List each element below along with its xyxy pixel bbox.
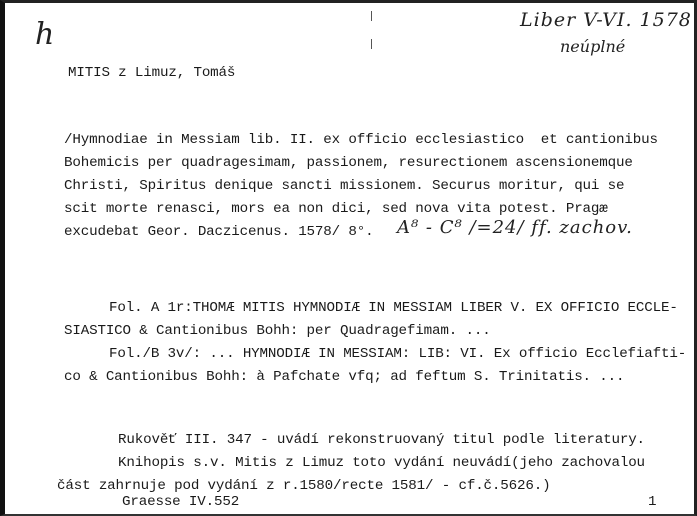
title-line: excudebat Geor. Daczicenus. 1578/ 8°. (64, 224, 373, 240)
handwritten-corner-mark: h (35, 17, 54, 52)
scan-mark (371, 39, 372, 49)
title-line: scit morte renasci, mors ea non dici, se… (64, 201, 608, 217)
note-line: část zahrnuje pod vydání z r.1580/recte … (57, 478, 550, 494)
handwritten-collation: A⁸ - C⁸ /=24/ ff. zachov. (397, 217, 633, 238)
handwritten-volume-note: Liber V-VI. 1578 (520, 9, 692, 31)
folio-line: co & Cantionibus Bohh: à Pafchate vfq; a… (64, 369, 624, 385)
folio-line: Fol./B 3v/: ... HYMNODIÆ IN MESSIAM: LIB… (109, 346, 686, 362)
handwritten-incomplete-note: neúplné (560, 37, 625, 56)
folio-line: Fol. A 1r:THOMÆ MITIS HYMNODIÆ IN MESSIA… (109, 300, 678, 316)
scan-mark (371, 11, 372, 21)
note-line: Rukověť III. 347 - uvádí rekonstruovaný … (118, 432, 645, 448)
note-line: Graesse IV.552 (122, 494, 239, 510)
title-line: Bohemicis per quadragesimam, passionem, … (64, 155, 633, 171)
title-line: Christi, Spiritus denique sancti mission… (64, 178, 624, 194)
author-heading: MITIS z Limuz, Tomáš (68, 65, 235, 81)
note-line: Knihopis s.v. Mitis z Limuz toto vydání … (118, 455, 645, 471)
folio-line: SIASTICO & Cantionibus Bohh: per Quadrag… (64, 323, 491, 339)
title-line: /Hymnodiae in Messiam lib. II. ex offici… (64, 132, 658, 148)
catalog-card: h Liber V-VI. 1578 neúplné MITIS z Limuz… (0, 0, 697, 516)
page-number: 1 (648, 494, 656, 510)
